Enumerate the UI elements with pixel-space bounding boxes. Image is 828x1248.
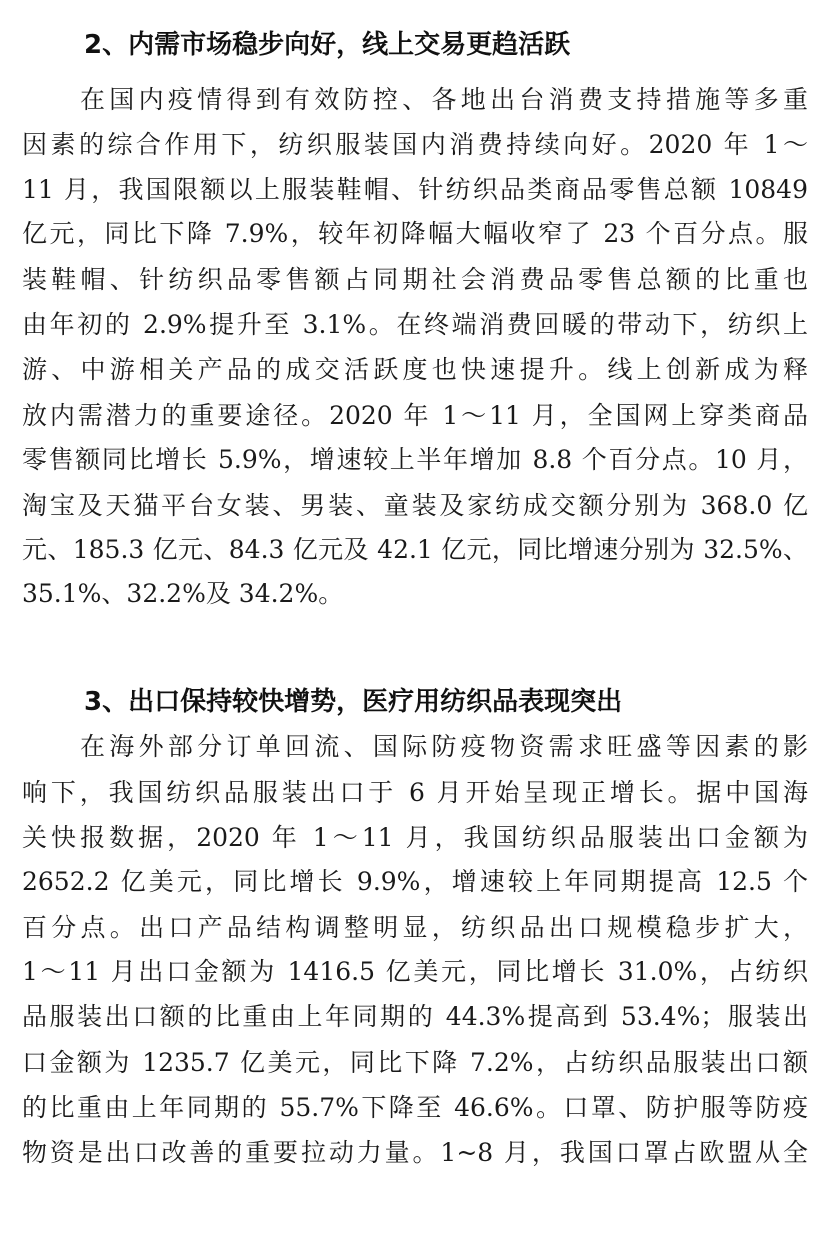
paragraph-line: 游、中游相关产品的成交活跃度也快速提升。线上创新成为释 [22, 350, 808, 390]
paragraph-line: 百分点。出口产品结构调整明显，纺织品出口规模稳步扩大， [22, 908, 808, 948]
section-heading-domestic-demand: 2、内需市场稳步向好，线上交易更趋活跃 [84, 23, 570, 67]
paragraph-line: 口金额为 1235.7 亿美元，同比下降 7.2%，占纺织品服装出口额 [22, 1043, 808, 1083]
paragraph-line: 物资是出口改善的重要拉动力量。1~8 月，我国口罩占欧盟从全 [22, 1133, 808, 1173]
paragraph-line: 响下，我国纺织品服装出口于 6 月开始呈现正增长。据中国海 [22, 773, 808, 813]
paragraph-line: 装鞋帽、针纺织品零售额占同期社会消费品零售总额的比重也 [22, 260, 808, 300]
section-heading-exports: 3、出口保持较快增势，医疗用纺织品表现突出 [84, 680, 622, 724]
paragraph-line: 放内需潜力的重要途径。2020 年 1～11 月，全国网上穿类商品 [22, 396, 808, 436]
paragraph-line: 亿元，同比下降 7.9%，较年初降幅大幅收窄了 23 个百分点。服 [22, 214, 808, 254]
paragraph-line: 因素的综合作用下，纺织服装国内消费持续向好。2020 年 1～ [22, 125, 808, 165]
paragraph-line: 由年初的 2.9%提升至 3.1%。在终端消费回暖的带动下，纺织上 [22, 305, 808, 345]
paragraph-line: 品服装出口额的比重由上年同期的 44.3%提高到 53.4%；服装出 [22, 997, 808, 1037]
paragraph-line: 2652.2 亿美元，同比增长 9.9%，增速较上年同期提高 12.5 个 [22, 862, 808, 902]
paragraph-line: 在海外部分订单回流、国际防疫物资需求旺盛等因素的影 [80, 727, 808, 767]
paragraph-line: 35.1%、32.2%及 34.2%。 [22, 574, 808, 614]
paragraph-line: 11 月，我国限额以上服装鞋帽、针纺织品类商品零售总额 10849 [22, 170, 808, 210]
paragraph-line: 元、185.3 亿元、84.3 亿元及 42.1 亿元，同比增速分别为 32.5… [22, 530, 808, 570]
paragraph-line: 零售额同比增长 5.9%，增速较上半年增加 8.8 个百分点。10 月， [22, 440, 808, 480]
paragraph-line: 关快报数据，2020 年 1～11 月，我国纺织品服装出口金额为 [22, 818, 808, 858]
paragraph-line: 1～11 月出口金额为 1416.5 亿美元，同比增长 31.0%，占纺织 [22, 952, 808, 992]
paragraph-line: 在国内疫情得到有效防控、各地出台消费支持措施等多重 [80, 80, 808, 120]
document-page: 2、内需市场稳步向好，线上交易更趋活跃 在国内疫情得到有效防控、各地出台消费支持… [0, 0, 828, 1248]
paragraph-line: 淘宝及天猫平台女装、男装、童装及家纺成交额分别为 368.0 亿 [22, 486, 808, 526]
paragraph-line: 的比重由上年同期的 55.7%下降至 46.6%。口罩、防护服等防疫 [22, 1088, 808, 1128]
